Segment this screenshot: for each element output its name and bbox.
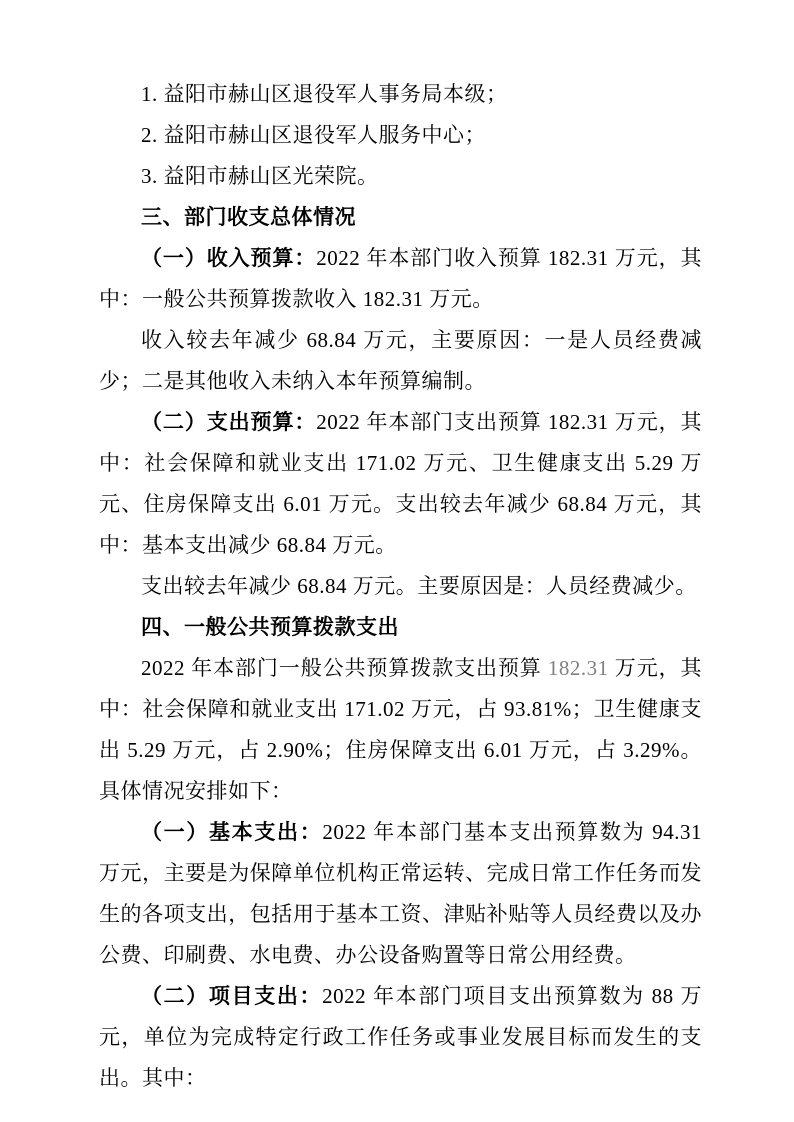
- text-run: 三、部门收支总体情况: [141, 206, 356, 229]
- section-heading: 三、部门收支总体情况: [99, 197, 702, 238]
- text-run: 3. 益阳市赫山区光荣院。: [141, 164, 379, 188]
- paragraph: 2022 年本部门一般公共预算拨款支出预算 182.31 万元，其中：社会保障和…: [99, 648, 702, 812]
- text-run: 四、一般公共预算拨款支出: [141, 616, 399, 639]
- paragraph: 支出较去年减少 68.84 万元。主要原因是：人员经费减少。: [99, 566, 702, 607]
- text-run: 1. 益阳市赫山区退役军人事务局本级；: [141, 82, 508, 106]
- bold-label-run: （一）收入预算：: [141, 247, 316, 270]
- paragraph: （一）收入预算：2022 年本部门收入预算 182.31 万元，其中：一般公共预…: [99, 238, 702, 320]
- paragraph: （一）基本支出：2022 年本部门基本支出预算数为 94.31 万元，主要是为保…: [99, 812, 702, 976]
- text-run: 182.31: [548, 656, 609, 680]
- paragraph: 3. 益阳市赫山区光荣院。: [99, 156, 702, 197]
- document-page: 1. 益阳市赫山区退役军人事务局本级；2. 益阳市赫山区退役军人服务中心；3. …: [0, 0, 794, 1122]
- bold-label-run: （一）基本支出：: [141, 821, 322, 844]
- paragraph: （二）支出预算：2022 年本部门支出预算 182.31 万元，其中：社会保障和…: [99, 402, 702, 566]
- bold-label-run: （二）项目支出：: [141, 985, 322, 1008]
- text-run: 支出较去年减少 68.84 万元。主要原因是：人员经费减少。: [141, 574, 697, 598]
- paragraph: 收入较去年减少 68.84 万元，主要原因：一是人员经费减少；二是其他收入未纳入…: [99, 320, 702, 402]
- section-heading: 四、一般公共预算拨款支出: [99, 607, 702, 648]
- document-content: 1. 益阳市赫山区退役军人事务局本级；2. 益阳市赫山区退役军人服务中心；3. …: [99, 74, 702, 1099]
- text-run: 2. 益阳市赫山区退役军人服务中心；: [141, 123, 486, 147]
- text-run: 2022 年本部门一般公共预算拨款支出预算: [141, 656, 548, 680]
- bold-label-run: （二）支出预算：: [141, 411, 316, 434]
- paragraph: （二）项目支出：2022 年本部门项目支出预算数为 88 万元，单位为完成特定行…: [99, 976, 702, 1099]
- paragraph: 1. 益阳市赫山区退役军人事务局本级；: [99, 74, 702, 115]
- text-run: 收入较去年减少 68.84 万元，主要原因：一是人员经费减少；二是其他收入未纳入…: [99, 328, 702, 393]
- paragraph: 2. 益阳市赫山区退役军人服务中心；: [99, 115, 702, 156]
